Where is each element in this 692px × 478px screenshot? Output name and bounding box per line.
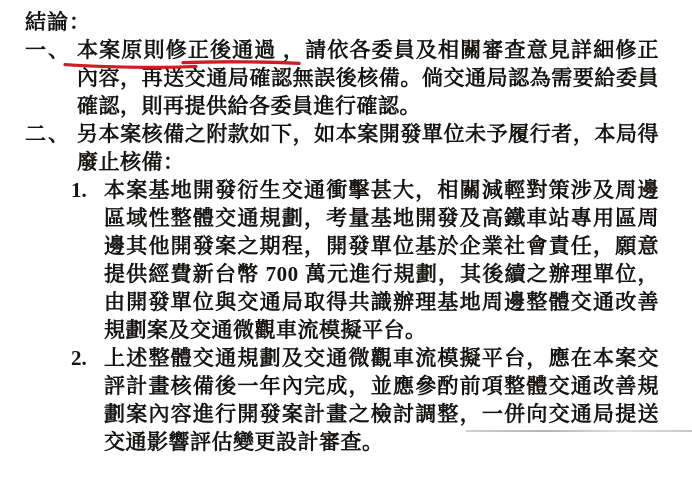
item-1-number: 一、 (25, 36, 71, 64)
underlined-phrase: 本案原則修正後通過 (77, 38, 283, 62)
section-title: 結論： (25, 8, 659, 36)
item-1-text: 本案原則修正後通過 ，請依各委員及相關審查意見詳細修正內容，再送交通局確認無誤後… (77, 36, 659, 120)
item-1: 一、 本案原則修正後通過 ，請依各委員及相關審查意見詳細修正內容，再送交通局確認… (0, 36, 659, 120)
scan-artifact-line (466, 430, 692, 432)
item-2-text: 另本案核備之附款如下，如本案開發單位未予履行者，本局得廢止核備： (77, 120, 659, 176)
conclusion-section: 結論： 一、 本案原則修正後通過 ，請依各委員及相關審查意見詳細修正內容，再送交… (0, 8, 659, 456)
subitem-2-number: 2. (71, 344, 87, 372)
subitem-2: 2. 上述整體交通規劃及交通微觀車流模擬平台，應在本案交評計畫核備後一年內完成，… (0, 344, 659, 456)
subitem-1-number: 1. (71, 176, 87, 204)
item-2-number: 二、 (25, 120, 71, 148)
scanned-document-page: 結論： 一、 本案原則修正後通過 ，請依各委員及相關審查意見詳細修正內容，再送交… (0, 0, 692, 478)
approved-phrase-text: 本案原則修正後通過 (77, 38, 276, 62)
subitem-1: 1. 本案基地開發衍生交通衝擊甚大，相關減輕對策涉及周邊區域性整體交通規劃，考量… (0, 176, 659, 344)
subitem-1-text: 本案基地開發衍生交通衝擊甚大，相關減輕對策涉及周邊區域性整體交通規劃，考量基地開… (104, 176, 659, 344)
item-2: 二、 另本案核備之附款如下，如本案開發單位未予履行者，本局得廢止核備： (0, 120, 659, 176)
subitem-2-text: 上述整體交通規劃及交通微觀車流模擬平台，應在本案交評計畫核備後一年內完成，並應參… (104, 344, 659, 456)
